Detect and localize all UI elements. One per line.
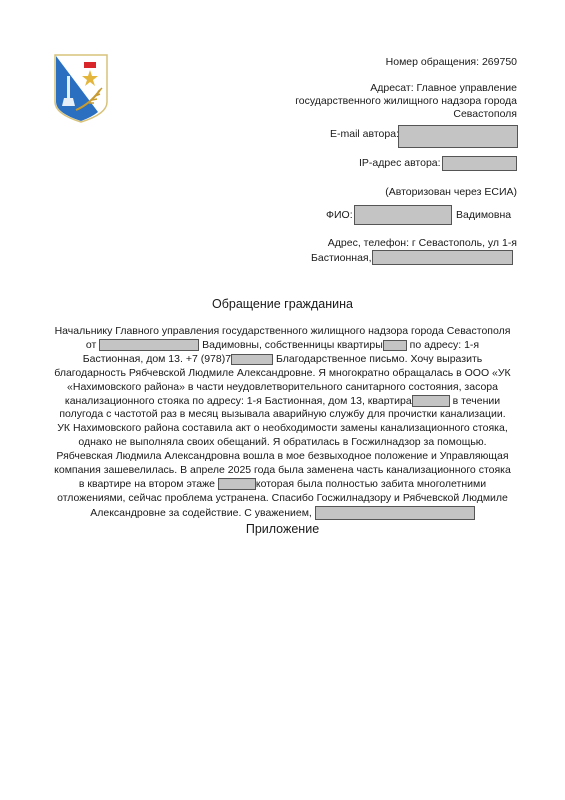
- floor-apartment-redacted: [218, 478, 256, 490]
- auth-note: (Авторизован через ЕСИА): [385, 186, 517, 199]
- body-line: Бастионная, дом 13. +7 (978)7 Благодарст…: [40, 353, 525, 367]
- apartment-redacted: [412, 395, 450, 407]
- addressee-line: Севастополя: [257, 108, 517, 121]
- body-line: Александровне за содействие. С уважением…: [40, 506, 525, 521]
- body-line: отложениями, сейчас проблема устранена. …: [40, 492, 525, 506]
- appendix-title: Приложение: [0, 522, 565, 536]
- body-line: «Нахимовского района» в части неудовлетв…: [40, 381, 525, 395]
- apartment-redacted: [383, 340, 407, 351]
- address-line2: Бастионная,: [311, 252, 372, 265]
- document-title: Обращение гражданина: [0, 297, 565, 311]
- body-text: которая была полностью забита многолетни…: [256, 478, 486, 490]
- body-line: полугода с частотой раз в месяц вызывала…: [40, 408, 525, 422]
- body-text: Благодарственное письмо. Хочу выразить: [276, 353, 482, 365]
- body-text: Вадимовны, собственницы квартиры: [202, 339, 383, 351]
- phone-redacted: [231, 354, 273, 365]
- ip-redacted: [442, 156, 517, 171]
- body-line: компания зашевелилась. В апреле 2025 год…: [40, 464, 525, 478]
- request-number: Номер обращения: 269750: [386, 56, 517, 69]
- body-line: УК Нахимовского района составила акт о н…: [40, 422, 525, 436]
- email-row: E-mail автора:: [330, 128, 399, 141]
- body-text: от: [86, 339, 96, 351]
- body-line: от Вадимовны, собственницы квартиры по а…: [40, 339, 525, 353]
- body-text: в течении: [453, 395, 501, 407]
- body-line: канализационного стояка по адресу: 1-я Б…: [40, 395, 525, 409]
- body-text: в квартире на втором этаже: [79, 478, 215, 490]
- fio-suffix: Вадимовна: [456, 209, 511, 222]
- fio-label: ФИО:: [326, 209, 353, 222]
- addressee-line: Адресат: Главное управление: [257, 82, 517, 95]
- email-redacted: [398, 125, 518, 148]
- body-line: однако не выполняла своих обещаний. Я об…: [40, 436, 525, 450]
- name-redacted: [99, 339, 199, 351]
- email-label: E-mail автора:: [330, 128, 399, 140]
- addressee: Адресат: Главное управление государствен…: [257, 82, 517, 121]
- body-text: канализационного стояка по адресу: 1-я Б…: [65, 395, 412, 407]
- body-line: в квартире на втором этаже которая была …: [40, 478, 525, 492]
- coat-of-arms-logo: [52, 52, 110, 124]
- body-text: Александровне за содействие. С уважением…: [90, 507, 312, 519]
- addressee-line: государственного жилищного надзора город…: [257, 95, 517, 108]
- body-line: Рябчевская Людмила Александровна вошла в…: [40, 450, 525, 464]
- address-redacted: [372, 250, 513, 265]
- body-line: благодарность Рябчевской Людмиле Алексан…: [40, 367, 525, 381]
- body-text: Бастионная, дом 13. +7 (978)7: [83, 353, 231, 365]
- document-body: Начальнику Главного управления государст…: [40, 325, 525, 520]
- signature-redacted: [315, 506, 475, 520]
- body-line: Начальнику Главного управления государст…: [40, 325, 525, 339]
- fio-redacted: [354, 205, 452, 225]
- ip-label: IP-адрес автора:: [359, 157, 441, 170]
- body-text: по адресу: 1-я: [410, 339, 479, 351]
- sevastopol-coat-of-arms-icon: [52, 52, 110, 124]
- address-line1: Адрес, телефон: г Севастополь, ул 1-я: [328, 237, 517, 250]
